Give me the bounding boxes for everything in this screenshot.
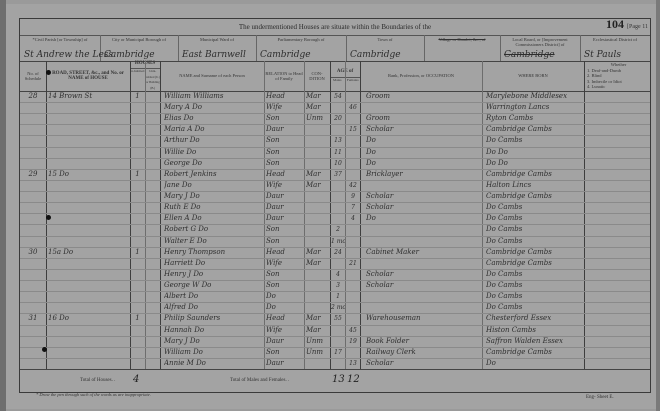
cell-condition: Mar [306,169,330,180]
cell-schedule [20,325,46,336]
banner-text: The undermentioned Houses are situate wi… [239,23,431,31]
cell-road [48,280,130,291]
local-board-label: Local Board, or [Improvement Commissione… [500,37,580,47]
cell-road [48,291,130,302]
cell-schedule [20,236,46,247]
cell-condition [306,147,330,158]
cell-birthplace: Do Cambs [486,135,584,146]
cell-road [48,147,130,158]
cell-occupation: Scholar [366,124,482,135]
cell-birthplace: Do Do [486,158,584,169]
cell-occupation: Warehouseman [366,313,482,324]
cell-occupation: Do [366,158,482,169]
cell-relation: Daur [266,202,304,213]
cell-age-m: 24 [331,247,345,258]
cell-schedule [20,158,46,169]
municipal-borough-value: Cambridge [104,50,155,60]
cell-relation: Son [266,269,304,280]
cell-relation: Son [266,158,304,169]
cell-relation: Daur [266,124,304,135]
cell-name: Robert G Do [164,224,264,235]
cell-age-m: 37 [331,169,345,180]
cell-birthplace: Do Cambs [486,236,584,247]
cell-occupation [366,180,482,191]
cell-occupation: Groom [366,113,482,124]
cell-age-f: 42 [346,180,360,191]
cell-condition: Mar [306,247,330,258]
cell-occupation: Cabinet Maker [366,247,482,258]
cell-birthplace: Warrington Lancs [486,102,584,113]
cell-inhabited [130,358,145,369]
cell-name: Ellen A Do [164,213,264,224]
cell-relation: Son [266,347,304,358]
cell-age-m: 1 month [331,236,345,247]
cell-condition [306,302,330,313]
cell-occupation: Scholar [366,358,482,369]
cell-schedule: 31 [20,313,46,324]
cell-inhabited [130,336,145,347]
ecclesiastical-district-cell: Ecclesiastical District of St Pauls [580,35,650,61]
cell-condition: Mar [306,180,330,191]
cell-age-m [331,180,345,191]
cell-condition [306,213,330,224]
cell-schedule [20,147,46,158]
cell-inhabited [130,325,145,336]
column-header-row: No. of Schedule ROAD, STREET, &c., and N… [20,61,650,92]
total-persons-label: Total of Males and Females. . [230,378,289,383]
cell-age-m [331,124,345,135]
cell-birthplace: Marylebone Middlesex [486,91,584,102]
cell-age-f: 46 [346,102,360,113]
boundaries-banner: The undermentioned Houses are situate wi… [20,19,650,36]
cell-relation: Daur [266,336,304,347]
cell-schedule [20,280,46,291]
cell-name: Alfred Do [164,302,264,313]
cell-inhabited [130,191,145,202]
cell-road: 16 Do [48,313,130,324]
cell-relation: Head [266,91,304,102]
cell-schedule [20,191,46,202]
cell-condition [306,158,330,169]
cell-relation: Wife [266,325,304,336]
cell-inhabited [130,224,145,235]
municipal-borough-cell: City or Municipal Borough of Cambridge [100,35,179,61]
cell-occupation: Bricklayer [366,169,482,180]
cell-name: Ruth E Do [164,202,264,213]
cell-relation: Head [266,313,304,324]
cell-road [48,336,130,347]
cell-name: Mary A Do [164,102,264,113]
cell-road [48,191,130,202]
cell-name: Elias Do [164,113,264,124]
cell-inhabited [130,269,145,280]
cell-road [48,325,130,336]
cell-inhabited [130,258,145,269]
village-label: Village or Hamlet, &c., of [424,37,500,42]
schedule-number: 104 [606,16,624,32]
cell-schedule [20,124,46,135]
cell-age-f: 15 [346,124,360,135]
cell-condition [306,291,330,302]
cell-name: Willie Do [164,147,264,158]
cell-schedule [20,269,46,280]
cell-condition [306,191,330,202]
cell-age-m [331,258,345,269]
cell-condition: Mar [306,91,330,102]
village-cell: Village or Hamlet, &c., of [424,35,501,61]
cell-condition: Mar [306,325,330,336]
cell-birthplace: Do Do [486,147,584,158]
cell-relation: Son [266,224,304,235]
cell-schedule [20,202,46,213]
cell-name: Harriett Do [164,258,264,269]
cell-name: Hannah Do [164,325,264,336]
col-schedule: No. of Schedule [20,61,47,91]
cell-name: George W Do [164,280,264,291]
cell-age-f [346,313,360,324]
cell-age-f: 9 [346,191,360,202]
cell-road [48,213,130,224]
cell-occupation: Do [366,147,482,158]
col-where-born: WHERE BORN [482,61,585,91]
total-males: 13 [332,374,345,385]
cell-birthplace: Do [486,358,584,369]
census-entries: 2814 Brown St1William WilliamsHeadMar54G… [20,91,650,369]
cell-age-f [346,113,360,124]
cell-occupation: Do [366,213,482,224]
cell-occupation: Railway Clerk [366,347,482,358]
cell-age-m [331,102,345,113]
cell-road [48,224,130,235]
ecclesiastical-district-label: Ecclesiastical District of [580,37,650,42]
cell-road [48,236,130,247]
cell-birthplace: Cambridge Cambs [486,258,584,269]
cell-inhabited: 1 [130,247,145,258]
cell-schedule [20,336,46,347]
col-condition: CON-DITION [304,61,331,91]
cell-name: Arthur Do [164,135,264,146]
cell-name: Annie M Do [164,358,264,369]
cell-inhabited [130,135,145,146]
cell-birthplace: Cambridge Cambs [486,169,584,180]
cell-road [48,135,130,146]
cell-age-f [346,236,360,247]
cell-occupation: Scholar [366,280,482,291]
cell-birthplace: Cambridge Cambs [486,247,584,258]
cell-birthplace: Halton Lincs [486,180,584,191]
cell-age-f [346,302,360,313]
cell-age-f: 4 [346,213,360,224]
totals-row: Total of Houses. . 4 Total of Males and … [20,369,650,393]
cell-birthplace: Cambridge Cambs [486,124,584,135]
cell-relation: Wife [266,102,304,113]
col-name: NAME and Surname of each Person [160,61,265,91]
cell-inhabited [130,147,145,158]
cell-relation: Son [266,280,304,291]
cell-occupation: Scholar [366,202,482,213]
cell-name: William Williams [164,91,264,102]
cell-schedule [20,180,46,191]
cell-inhabited [130,302,145,313]
cell-relation: Head [266,247,304,258]
cell-inhabited [130,102,145,113]
cell-age-m [331,202,345,213]
cell-schedule [20,358,46,369]
cell-inhabited [130,202,145,213]
cell-age-m: 1 [331,291,345,302]
total-houses-label: Total of Houses. . [80,378,115,383]
cell-schedule [20,258,46,269]
sheet-label: Eng- Sheet E. [586,395,614,400]
census-page: The undermentioned Houses are situate wi… [6,4,656,409]
col-age-males: Males [330,78,346,84]
cell-birthplace: Do Cambs [486,291,584,302]
cell-relation: Do [266,291,304,302]
cell-inhabited [130,236,145,247]
cell-road [48,347,130,358]
cell-occupation [366,302,482,313]
cell-condition [306,358,330,369]
cell-schedule [20,224,46,235]
cell-age-f [346,269,360,280]
cell-schedule: 29 [20,169,46,180]
cell-occupation: Do [366,135,482,146]
cell-road [48,180,130,191]
cell-condition: Unm [306,347,330,358]
cell-road [48,124,130,135]
cell-road: 14 Brown St [48,91,130,102]
census-form-frame: The undermentioned Houses are situate wi… [19,18,651,393]
town-label: Town of [346,37,424,42]
cell-birthplace: Do Cambs [486,302,584,313]
cell-age-f [346,135,360,146]
cell-birthplace: Saffron Walden Essex [486,336,584,347]
cell-age-f: 21 [346,258,360,269]
cell-relation: Son [266,113,304,124]
cell-relation: Son [266,236,304,247]
total-females: 12 [347,374,360,385]
cell-inhabited [130,280,145,291]
col-infirmity: Whether 1. Deaf-and-Dumb 2. Blind 3. Imb… [584,61,650,91]
cell-age-m: 20 [331,113,345,124]
cell-condition [306,224,330,235]
cell-age-f [346,91,360,102]
cell-name: Philip Saunders [164,313,264,324]
cell-age-f [346,280,360,291]
cell-schedule [20,135,46,146]
cell-condition: Unm [306,336,330,347]
cell-age-f [346,158,360,169]
cell-condition [306,280,330,291]
local-board-cell: Local Board, or [Improvement Commissione… [500,35,581,61]
cell-age-m [331,358,345,369]
municipal-ward-value: East Barnwell [182,50,246,60]
cell-inhabited: 1 [130,169,145,180]
cell-age-f [346,291,360,302]
cell-condition [306,236,330,247]
cell-birthplace: Cambridge Cambs [486,347,584,358]
cell-schedule [20,302,46,313]
cell-condition [306,202,330,213]
cell-inhabited [130,124,145,135]
cell-road [48,202,130,213]
cell-relation: Son [266,147,304,158]
cell-road: 15a Do [48,247,130,258]
cell-birthplace: Cambridge Cambs [486,191,584,202]
parliamentary-borough-label: Parliamentary Borough of [256,37,346,42]
cell-age-f: 45 [346,325,360,336]
municipal-ward-label: Municipal Ward of [178,37,256,42]
col-age-females: Females [346,78,361,84]
cell-inhabited [130,291,145,302]
cell-relation: Wife [266,258,304,269]
cell-name: Maria A Do [164,124,264,135]
cell-road [48,158,130,169]
cell-occupation [366,325,482,336]
cell-age-f: 7 [346,202,360,213]
cell-condition: Mar [306,313,330,324]
ink-blot [42,347,47,352]
cell-road [48,269,130,280]
col-road-label: ROAD, STREET, &c., and No. or NAME of HO… [46,71,130,82]
cell-occupation: Book Folder [366,336,482,347]
cell-age-m: 55 [331,313,345,324]
cell-road [48,102,130,113]
cell-occupation: Scholar [366,269,482,280]
cell-age-m [331,336,345,347]
cell-road [48,358,130,369]
cell-road [48,258,130,269]
municipal-ward-cell: Municipal Ward of East Barnwell [178,35,257,61]
cell-name: Henry J Do [164,269,264,280]
cell-occupation [366,102,482,113]
cell-name: George Do [164,158,264,169]
cell-name: Mary J Do [164,191,264,202]
cell-age-f: 19 [346,336,360,347]
cell-birthplace: Do Cambs [486,280,584,291]
cell-age-m: 11 [331,147,345,158]
cell-age-f [346,169,360,180]
col-road: ROAD, STREET, &c., and No. or NAME of HO… [46,61,131,91]
cell-name: Mary J Do [164,336,264,347]
town-value: Cambridge [350,50,401,60]
cell-occupation: Scholar [366,191,482,202]
ink-blot [46,215,51,220]
cell-age-f [346,224,360,235]
col-relation: RELATION to Head of Family [264,61,305,91]
cell-relation: Daur [266,213,304,224]
footnote: * Draw the pen through such of the words… [36,392,151,397]
cell-age-m [331,191,345,202]
cell-condition: Mar [306,102,330,113]
col-inhabited: In-habited [130,69,146,91]
cell-relation: Do [266,302,304,313]
cell-birthplace: Do Cambs [486,269,584,280]
cell-inhabited [130,180,145,191]
cell-condition [306,269,330,280]
cell-condition: Unm [306,113,330,124]
cell-age-m: 2 months [331,302,345,313]
cell-inhabited [130,347,145,358]
infirmity-item-4: 4. Lunatic [587,84,605,90]
cell-age-m: 3 [331,280,345,291]
cell-name: Walter E Do [164,236,264,247]
cell-age-f [346,347,360,358]
cell-road [48,113,130,124]
cell-age-m: 2 [331,224,345,235]
town-cell: Town of Cambridge [346,35,425,61]
cell-birthplace: Do Cambs [486,224,584,235]
cell-relation: Son [266,135,304,146]
parliamentary-borough-value: Cambridge [260,50,311,60]
cell-age-f [346,147,360,158]
cell-birthplace: Histon Cambs [486,325,584,336]
cell-condition: Mar [306,258,330,269]
cell-name: Albert Do [164,291,264,302]
cell-occupation [366,224,482,235]
cell-age-m [331,213,345,224]
cell-schedule [20,113,46,124]
cell-inhabited: 1 [130,91,145,102]
cell-schedule: 28 [20,91,46,102]
cell-schedule [20,291,46,302]
cell-name: Robert Jenkins [164,169,264,180]
cell-birthplace: Chesterford Essex [486,313,584,324]
scan-right-edge [656,0,660,411]
local-board-value: Cambridge [504,50,555,60]
cell-schedule: 30 [20,247,46,258]
cell-inhabited [130,213,145,224]
civil-parish-label: *Civil Parish [or Township] of [20,37,100,42]
cell-occupation [366,236,482,247]
col-occupation: Rank, Profession, or OCCUPATION [360,61,483,91]
cell-age-m [331,325,345,336]
page-number: [Page 11 [627,19,648,35]
cell-age-f: 13 [346,358,360,369]
cell-condition [306,135,330,146]
cell-relation: Daur [266,358,304,369]
parliamentary-borough-cell: Parliamentary Borough of Cambridge [256,35,347,61]
cell-relation: Daur [266,191,304,202]
cell-age-m: 10 [331,158,345,169]
cell-name: William Do [164,347,264,358]
cell-age-m: 17 [331,347,345,358]
cell-birthplace: Ryton Cambs [486,113,584,124]
cell-inhabited [130,113,145,124]
cell-relation: Head [266,169,304,180]
cell-age-m: 13 [331,135,345,146]
cell-condition [306,124,330,135]
cell-name: Jane Do [164,180,264,191]
municipal-borough-label: City or Municipal Borough of [100,37,178,42]
cell-name: Henry Thompson [164,247,264,258]
cell-birthplace: Do Cambs [486,202,584,213]
location-row: *Civil Parish [or Township] of St Andrew… [20,35,650,62]
total-houses-inhabited: 4 [133,374,139,385]
cell-road: 15 Do [48,169,130,180]
cell-occupation [366,291,482,302]
cell-relation: Wife [266,180,304,191]
cell-age-f [346,247,360,258]
cell-birthplace: Do Cambs [486,213,584,224]
cell-occupation [366,258,482,269]
ink-blot [46,70,51,75]
cell-schedule [20,213,46,224]
ecclesiastical-district-value: St Pauls [584,50,621,60]
cell-age-m: 4 [331,269,345,280]
cell-schedule [20,102,46,113]
cell-road [48,302,130,313]
